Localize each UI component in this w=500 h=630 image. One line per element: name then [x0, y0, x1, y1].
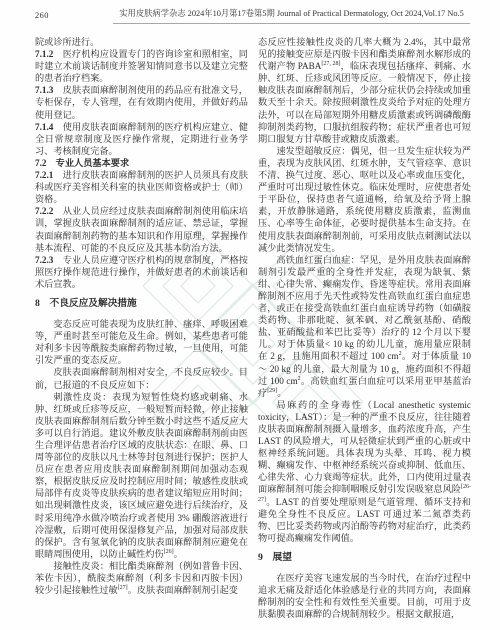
paragraph: 在医疗美容飞速发展的当今时代，在治疗过程中追求无痛及舒适化体验感是行业的共同方向…: [258, 572, 471, 620]
text-run: 皮肤表面麻醉制剂使用的药品应有批准文号，专柜保存，专人管理，在有效期内使用，并做…: [35, 85, 248, 119]
article-body: 院或诊所进行。7.1.2 医疗机构应设置专门的咨询诊室和照相室，同时建立术前谈话…: [35, 36, 471, 620]
right-column: 态反应性接触性皮炎的几率大概为 2.4%，其中最常见的接触变应原是丙胺卡因和酯类…: [258, 36, 471, 620]
paragraph: 速发型超敏反应：偶见，但一旦发生症状较为严重，表现为皮肤风团、红斑水肿，支气管痉…: [258, 145, 471, 254]
subsection-heading: 7.2 专业人员基本要求: [35, 157, 248, 169]
text-run: 7.2.2: [35, 206, 53, 216]
text-run: 。LAST 的首要处理原则是气道管理、循环支持和避免全身性不良反应。LAST 可…: [258, 497, 471, 543]
text-run: 。: [277, 388, 286, 398]
text-run: 皮肤表面麻醉制剂相对安全，不良反应较少。目前，已报道的不良反应如下：: [35, 367, 248, 389]
reference-superscript: [27]: [118, 585, 128, 591]
paragraph: 态反应性接触性皮炎的几率大概为 2.4%，其中最常见的接触变应原是丙胺卡因和酯类…: [258, 36, 471, 145]
text-run: 8 不良反应及解决措施: [35, 298, 137, 309]
paragraph: 变态反应可能表现为皮肤红肿、瘙痒、呼吸困难等，严重时甚至可能危及生命。例如，某些…: [35, 318, 248, 366]
text-run: 医疗机构应设置专门的咨询诊室和照相室，同时建立术前谈话制度并签署知情同意书以及建…: [35, 49, 248, 83]
text-run: 速发型超敏反应：偶见，但一旦发生症状较为严重，表现为皮肤风团、红斑水肿，支气管痉…: [258, 146, 471, 253]
text-run: 9 展望: [258, 552, 292, 563]
paragraph: 局麻药的全身毒性（Local anesthetic systemic toxic…: [258, 399, 471, 544]
text-run: 专业人员应遵守医疗机构的规章制度，严格按照医疗操作规范进行操作，并做好患者的术前…: [35, 255, 248, 289]
text-run: 院或诊所进行。: [35, 37, 99, 47]
page-number: 260: [35, 11, 49, 21]
paragraph: 院或诊所进行。: [35, 36, 248, 48]
text-run: 。: [174, 549, 183, 559]
text-run: 7.2.3: [35, 255, 53, 265]
text-run: 在医疗美容飞速发展的当今时代，在治疗过程中追求无痛及舒适化体验感是行业的共同方向…: [258, 573, 471, 619]
paragraph: 7.2.1 进行皮肤表面麻醉制剂的医护人员须具有皮肤科或医疗美容相关科室的执业医…: [35, 169, 248, 205]
text-run: 高铁血红蛋白血症：罕见，是外用皮肤表面麻醉制剂引发最严重的全身性并发症，表现为缺…: [258, 255, 471, 362]
paragraph: 7.1.2 医疗机构应设置专门的咨询诊室和照相室，同时建立术前谈话制度并签署知情…: [35, 48, 248, 84]
section-heading: 8 不良反应及解决措施: [35, 298, 248, 310]
reference-superscript: [26]: [164, 549, 174, 555]
text-run: 进行皮肤表面麻醉制剂的医护人员须具有皮肤科或医疗美容相关科室的执业医师资格或护士…: [35, 170, 248, 204]
text-run: 7.1.4: [35, 122, 53, 132]
text-run: 。皮肤表面麻醉制剂引起变: [128, 585, 238, 595]
page-header: 260 实用皮肤病学杂志 2024年10月第17卷第5期 Journal of …: [35, 9, 470, 24]
text-run: 7.2.1: [35, 170, 53, 180]
text-run: 刺激性皮炎：表现为短暂性烧灼感或刺痛、水肿、红斑或丘疹等反应，一般短暂而轻微，停…: [35, 392, 248, 559]
section-heading: 9 展望: [258, 552, 471, 564]
paragraph: 7.1.3 皮肤表面麻醉制剂使用的药品应有批准文号，专柜保存，专人管理，在有效期…: [35, 84, 248, 120]
text-run: 局麻药的全身毒性（Local anesthetic systemic toxic…: [258, 400, 471, 495]
reference-superscript: [27, 28]: [321, 61, 340, 67]
paragraph: 皮肤表面麻醉制剂相对安全，不良反应较少。目前，已报道的不良反应如下：: [35, 366, 248, 390]
text-run: 7.2: [35, 158, 46, 168]
journal-title-line: 实用皮肤病学杂志 2024年10月第17卷第5期 Journal of Prac…: [113, 9, 470, 24]
paragraph: 高铁血红蛋白血症：罕见，是外用皮肤表面麻醉制剂引发最严重的全身性并发症，表现为缺…: [258, 254, 471, 399]
text-run: 专业人员基本要求: [46, 158, 129, 168]
paragraph: 7.2.3 专业人员应遵守医疗机构的规章制度，严格按照医疗操作规范进行操作，并做…: [35, 254, 248, 290]
left-column: 院或诊所进行。7.1.2 医疗机构应设置专门的咨询诊室和照相室，同时建立术前谈话…: [35, 36, 248, 620]
text-run: ，临床表现包括瘙痒、刺痛、水肿、红斑、丘疹或风团等反应。一般情况下，停止接触皮肤…: [258, 61, 471, 144]
paragraph: 7.2.2 从业人员应经过皮肤表面麻醉制剂使用临床培训，掌握皮肤表面麻醉制剂的适…: [35, 205, 248, 253]
text-run: 7.1.2: [35, 49, 53, 59]
text-run: 变态反应可能表现为皮肤红肿、瘙痒、呼吸困难等，严重时甚至可能危及生命。例如，某些…: [35, 319, 248, 365]
text-run: 7.1.3: [35, 85, 53, 95]
journal-page: 260 实用皮肤病学杂志 2024年10月第17卷第5期 Journal of …: [0, 0, 500, 630]
paragraph: 刺激性皮炎：表现为短暂性烧灼感或刺痛、水肿、红斑或丘疹等反应，一般短暂而轻微，停…: [35, 391, 248, 560]
paragraph: 7.1.4 使用皮肤表面麻醉制剂的医疗机构应建立、健全日常规章制度及医疗操作常规…: [35, 121, 248, 157]
text-run: 从业人员应经过皮肤表面麻醉制剂使用临床培训，掌握皮肤表面麻醉制剂的适应证、禁忌证…: [35, 206, 248, 252]
paragraph: 接触性皮炎：相比酯类麻醉剂（例如普鲁卡因、苯佐卡因），酰胺类麻醉剂（利多卡因和丙…: [35, 560, 248, 596]
reference-superscript: [29]: [267, 388, 277, 394]
text-run: 使用皮肤表面麻醉制剂的医疗机构应建立、健全日常规章制度及医疗操作常规，定期进行业…: [35, 122, 248, 156]
